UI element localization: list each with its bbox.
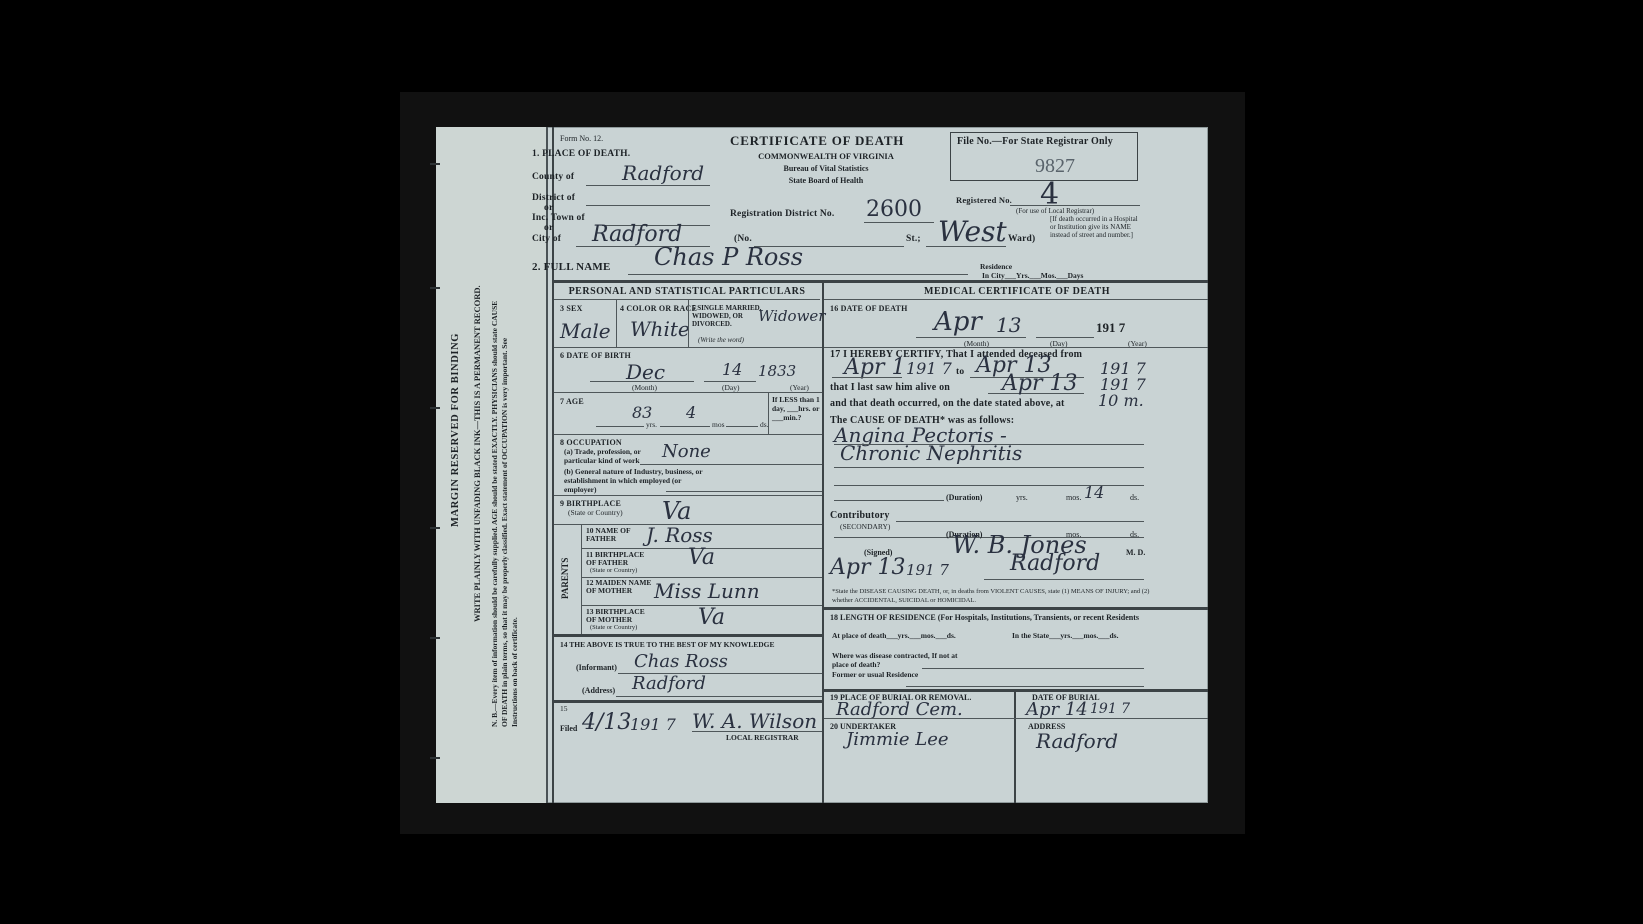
- write-plainly-text: WRITE PLAINLY WITH UNFADING BLACK INK—TH…: [472, 285, 482, 622]
- informant-address-value: Radford: [632, 673, 706, 694]
- commonwealth: COMMONWEALTH OF VIRGINIA: [726, 151, 926, 161]
- nb-line-2: OF DEATH in plain terms, so that it may …: [500, 338, 509, 727]
- father-label: 10 NAME OF FATHER: [586, 527, 646, 543]
- marital-label: 5 SINGLE MARRIED, WIDOWED, OR DIVORCED.: [692, 304, 764, 328]
- binding-margin: MARGIN RESERVED FOR BINDING WRITE PLAINL…: [436, 127, 548, 803]
- undertaker-address-value: Radford: [1036, 729, 1118, 753]
- local-use-note: (For use of Local Registrar): [1016, 207, 1094, 215]
- mother-birthplace-value: Va: [698, 605, 725, 630]
- marital-value: Widower: [758, 307, 825, 325]
- certificate-title: CERTIFICATE OF DEATH: [730, 133, 904, 149]
- bureau: Bureau of Vital Statistics: [726, 164, 926, 173]
- nb-line-1: N. B.—Every item of information should b…: [490, 301, 499, 727]
- year-label: (Year): [790, 383, 809, 392]
- district-label: District of: [532, 193, 575, 203]
- registration-district-value: 2600: [866, 197, 922, 222]
- nb-line-3: Instructions on back of certificate.: [510, 617, 519, 727]
- years-label: yrs.: [646, 420, 657, 429]
- age-label: 7 AGE: [560, 397, 584, 406]
- ward-value: West: [938, 215, 1007, 248]
- full-name-value: Chas P Ross: [654, 243, 803, 271]
- dob-year: 1833: [758, 362, 796, 380]
- city-label: City of: [532, 234, 561, 244]
- burial-year: 191 7: [1090, 701, 1130, 717]
- race-value: White: [630, 317, 690, 341]
- age-months: 4: [686, 403, 696, 422]
- registration-district-label: Registration District No.: [730, 209, 834, 219]
- burial-date-value: Apr 14: [1026, 699, 1088, 720]
- marital-hint: (Write the word): [698, 336, 744, 344]
- occupation-a-label: (a) Trade, profession, or particular kin…: [564, 447, 674, 465]
- less-than-day-label: If LESS than 1 day, ___hrs. or ___min.?: [772, 395, 822, 422]
- md-label: M. D.: [1126, 548, 1145, 557]
- cause-line-2: Chronic Nephritis: [840, 441, 1022, 465]
- cause-footnote: *State the DISEASE CAUSING DEATH, or, in…: [832, 587, 1150, 605]
- address-label: (Address): [582, 686, 615, 695]
- sex-label: 3 SEX: [560, 304, 583, 313]
- days-label: ds.: [1130, 530, 1139, 539]
- occupation-b-label: (b) General nature of Industry, business…: [564, 467, 714, 494]
- contributory-label: Contributory: [830, 510, 890, 521]
- days-label: ds.: [1130, 493, 1139, 502]
- county-value: Radford: [622, 161, 704, 185]
- full-name-label: 2. FULL NAME: [532, 261, 611, 273]
- file-number-box: File No.—For State Registrar Only 9827: [950, 132, 1138, 181]
- former-residence-label: Former or usual Residence: [832, 670, 942, 679]
- physician-address: Radford: [1010, 551, 1100, 576]
- dob-label: 6 DATE OF BIRTH: [560, 351, 631, 360]
- binding-text: MARGIN RESERVED FOR BINDING: [450, 333, 461, 527]
- registrar-signature: W. A. Wilson: [692, 709, 817, 733]
- filed-year: 191 7: [630, 715, 676, 734]
- dob-day: 14: [722, 360, 742, 379]
- sex-value: Male: [560, 319, 611, 343]
- birthplace-hint: (State or Country): [568, 508, 623, 517]
- birthplace-value: Va: [662, 497, 691, 525]
- filed-date: 4/13: [582, 710, 631, 735]
- town-label: Inc. Town of: [532, 213, 585, 223]
- registrar-label: LOCAL REGISTRAR: [726, 733, 799, 742]
- mother-birthplace-label: 13 BIRTHPLACE OF MOTHER: [586, 608, 656, 624]
- informant-value: Chas Ross: [634, 651, 728, 672]
- form-number: Form No. 12.: [560, 134, 603, 143]
- mother-label: 12 MAIDEN NAME OF MOTHER: [586, 579, 662, 595]
- burial-place-value: Radford Cem.: [836, 699, 963, 720]
- signed-date: Apr 13: [830, 555, 905, 580]
- attended-from-year: 191 7: [906, 359, 952, 378]
- filed-label: Filed: [560, 724, 577, 733]
- occupation-label: 8 OCCUPATION: [560, 438, 622, 447]
- personal-header: PERSONAL AND STATISTICAL PARTICULARS: [554, 286, 820, 297]
- or-label: or: [544, 223, 553, 233]
- father-birthplace-value: Va: [688, 545, 715, 570]
- signed-year: 191 7: [906, 561, 949, 579]
- dod-label: 16 DATE OF DEATH: [830, 304, 908, 313]
- time-of-death: 10 m.: [1098, 391, 1144, 410]
- file-number-label: File No.—For State Registrar Only: [957, 136, 1113, 147]
- dod-year: 191 7: [1096, 320, 1125, 336]
- or-label: or: [544, 203, 553, 213]
- duration-label: (Duration): [946, 493, 982, 502]
- father-value: J. Ross: [646, 523, 713, 547]
- state-country-hint: (State or Country): [590, 567, 637, 574]
- last-saw-label: that I last saw him alive on: [830, 382, 950, 393]
- dob-month: Dec: [626, 360, 665, 384]
- attestation-label: 14 THE ABOVE IS TRUE TO THE BEST OF MY K…: [560, 640, 775, 649]
- place-of-death-header: 1. PLACE OF DEATH.: [532, 149, 630, 159]
- death-occurred-label: and that death occurred, on the date sta…: [830, 398, 1065, 409]
- last-saw-value: Apr 13: [1002, 371, 1077, 396]
- item-15-label: 15: [560, 704, 568, 713]
- hospital-note: [If death occurred in a Hospital or Inst…: [1050, 215, 1142, 239]
- months-label: mos: [712, 420, 725, 429]
- state-board: State Board of Health: [726, 176, 926, 185]
- secondary-label: (SECONDARY): [840, 522, 890, 531]
- residence-label: Residence: [980, 262, 1012, 271]
- death-certificate: MARGIN RESERVED FOR BINDING WRITE PLAINL…: [436, 127, 1208, 803]
- dod-month: Apr: [934, 307, 982, 337]
- mother-value: Miss Lunn: [654, 579, 760, 603]
- duration-months: 14: [1084, 483, 1104, 502]
- contracted-label: Where was disease contracted, If not at …: [832, 651, 972, 669]
- file-number: 9827: [1035, 155, 1075, 178]
- county-label: County of: [532, 172, 574, 182]
- residence-fields: In City___Yrs.___Mos.___Days: [982, 271, 1083, 280]
- registered-number-label: Registered No.: [956, 195, 1012, 205]
- month-label: (Month): [632, 383, 657, 392]
- parents-label: PARENTS: [560, 558, 570, 599]
- state-country-hint: (State or Country): [590, 624, 637, 631]
- undertaker-value: Jimmie Lee: [846, 729, 949, 750]
- medical-header: MEDICAL CERTIFICATE OF DEATH: [826, 286, 1208, 297]
- day-label: (Day): [722, 383, 740, 392]
- street-label: St.;: [906, 234, 921, 244]
- dod-day: 13: [996, 313, 1021, 337]
- occupation-value: None: [662, 441, 711, 462]
- ward-label: Ward): [1008, 234, 1035, 244]
- to-label: to: [956, 367, 964, 377]
- father-birthplace-label: 11 BIRTHPLACE OF FATHER: [586, 551, 656, 567]
- race-label: 4 COLOR OR RACE: [620, 304, 697, 313]
- months-label: mos.: [1066, 493, 1081, 502]
- at-place-label: At place of death___yrs.___mos.___ds.: [832, 631, 982, 640]
- residence-length-header: 18 LENGTH OF RESIDENCE (For Hospitals, I…: [830, 613, 1160, 622]
- birthplace-label: 9 BIRTHPLACE: [560, 499, 621, 508]
- years-label: yrs.: [1016, 493, 1028, 502]
- informant-label: (Informant): [576, 663, 617, 672]
- in-state-label: In the State___yrs.___mos.___ds.: [1012, 631, 1150, 640]
